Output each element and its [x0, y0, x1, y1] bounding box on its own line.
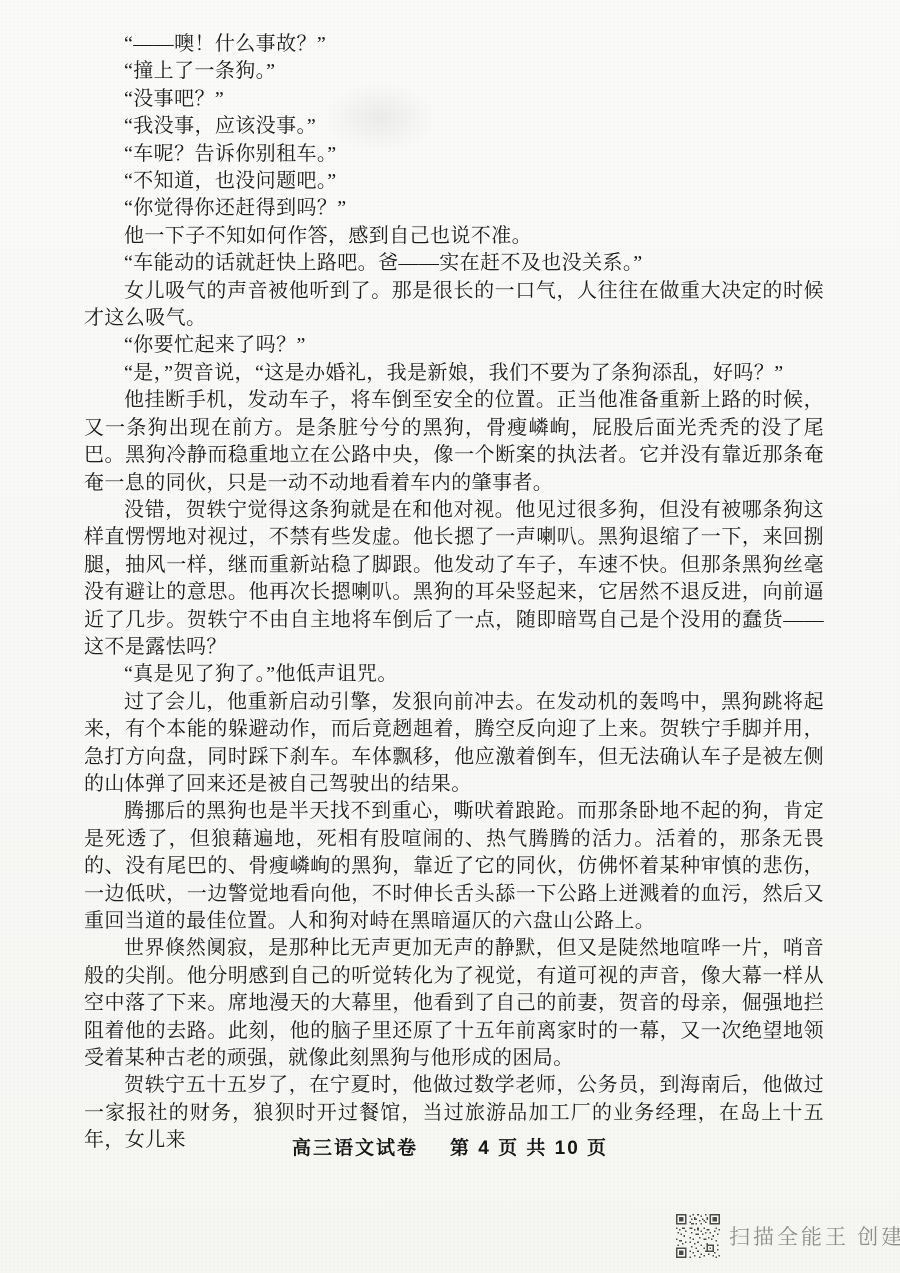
scanner-watermark-label: 扫描全能王 创建: [729, 1221, 900, 1251]
paragraph: “——噢！什么事故？”: [84, 31, 824, 58]
paragraph: 女儿吸气的声音被他听到了。那是很长的一口气，人往往在做重大决定的时候才这么吸气。: [84, 278, 824, 333]
paragraph: 世界倏然阒寂，是那种比无声更加无声的静默，但又是陡然地喧哗一片，哨音般的尖削。他…: [84, 935, 824, 1072]
paragraph: 他一下子不知如何作答，感到自己也说不准。: [84, 223, 824, 250]
paragraph: 腾挪后的黑狗也是半天找不到重心，嘶吠着踉跄。而那条卧地不起的狗，肯定是死透了，但…: [84, 798, 824, 935]
paragraph: “你觉得你还赶得到吗？”: [84, 195, 824, 222]
paragraph: “你要忙起来了吗？”: [84, 332, 824, 359]
paragraph: “没事吧？”: [84, 86, 824, 113]
paragraph: 过了会儿，他重新启动引擎，发狠向前冲去。在发动机的轰鸣中，黑狗跳将起来，有个本能…: [84, 689, 824, 799]
scanned-exam-page: “——噢！什么事故？”“撞上了一条狗。”“没事吧？”“我没事，应该没事。”“车呢…: [0, 0, 900, 1273]
paragraph: “不知道，也没问题吧。”: [84, 168, 824, 195]
footer-exam-title: 高三语文试卷: [292, 1133, 418, 1160]
paragraph: “我没事，应该没事。”: [84, 113, 824, 140]
passage-text: “——噢！什么事故？”“撞上了一条狗。”“没事吧？”“我没事，应该没事。”“车呢…: [84, 31, 824, 1155]
paragraph: “撞上了一条狗。”: [84, 58, 824, 85]
scanner-watermark: 扫描全能王 创建: [676, 1214, 900, 1258]
page-footer: 高三语文试卷 第 4 页 共 10 页: [0, 1133, 900, 1160]
qr-code-icon: [676, 1214, 720, 1258]
paragraph: “车能动的话就赶快上路吧。爸——实在赶不及也没关系。”: [84, 250, 824, 277]
paragraph: “真是见了狗了。”他低声诅咒。: [84, 661, 824, 688]
footer-page-number: 第 4 页 共 10 页: [450, 1133, 608, 1160]
paragraph: 没错，贺轶宁觉得这条狗就是在和他对视。他见过很多狗，但没有被哪条狗这样直愣愣地对…: [84, 497, 824, 661]
paragraph: “是，”贺音说，“这是办婚礼，我是新娘，我们不要为了条狗添乱，好吗？”: [84, 360, 824, 387]
paragraph: 他挂断手机，发动车子，将车倒至安全的位置。正当他准备重新上路的时候，又一条狗出现…: [84, 387, 824, 497]
paragraph: “车呢？告诉你别租车。”: [84, 141, 824, 168]
